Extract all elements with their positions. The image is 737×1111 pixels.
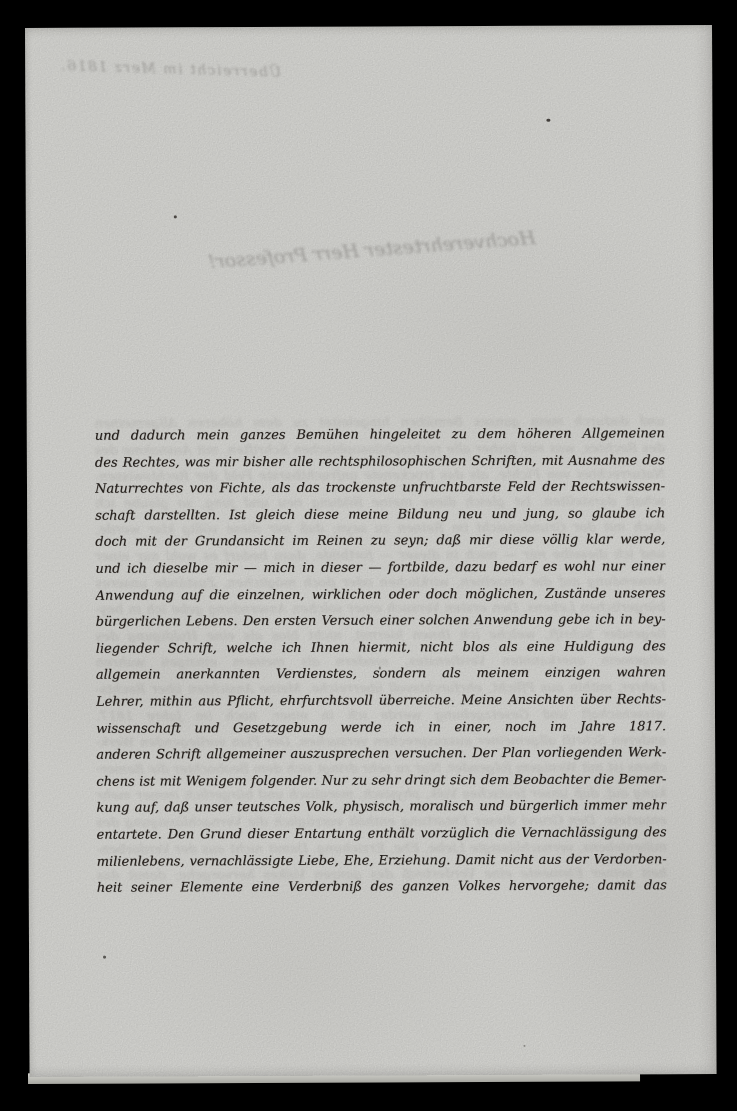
manuscript-page: Überreicht im Merz 1816. Hochverehrteste…	[25, 25, 717, 1077]
manuscript-line: und ich dieselbe mir — mich in dieser — …	[95, 554, 665, 583]
manuscript-line: liegender Schrift, welche ich Ihnen hier…	[96, 634, 666, 663]
ink-speck	[103, 956, 106, 959]
manuscript-line: doch mit der Grundansicht im Reinen zu s…	[95, 528, 665, 557]
manuscript-line: heit seiner Elemente eine Verderbniß des…	[97, 873, 667, 902]
ink-speck	[523, 1045, 525, 1047]
mirrored-salutation: Hochverehrtester Herr Professor!	[224, 227, 537, 272]
manuscript-line: Naturrechtes von Fichte, als das trocken…	[95, 474, 665, 503]
manuscript-line: kung auf, daß unser teutsches Volk, phys…	[96, 794, 666, 823]
scan-background: Überreicht im Merz 1816. Hochverehrteste…	[0, 0, 737, 1111]
manuscript-line: anderen Schrift allgemeiner auszuspreche…	[96, 740, 666, 769]
mirrored-pencil-note: Überreicht im Merz 1816.	[49, 58, 281, 81]
manuscript-line: des Rechtes, was mir bisher alle rechtsp…	[95, 448, 665, 477]
manuscript-line: milienlebens, vernachlässigte Liebe, Ehe…	[97, 847, 667, 876]
manuscript-line: bürgerlichen Lebens. Den ersten Versuch …	[96, 607, 666, 636]
manuscript-line: schaft darstellten. Ist gleich diese mei…	[95, 501, 665, 530]
manuscript-text: und dadurch mein ganzes Bemühen hingelei…	[95, 421, 667, 902]
manuscript-line: wissenschaft und Gesetzgebung werde ich …	[96, 714, 666, 743]
manuscript-line: und dadurch mein ganzes Bemühen hingelei…	[95, 421, 665, 450]
manuscript-line: chens ist mit Wenigem folgender. Nur zu …	[96, 767, 666, 796]
manuscript-line: entartete. Den Grund dieser Entartung en…	[96, 820, 666, 849]
manuscript-line: allgemein anerkannten Verdienstes, sonde…	[96, 661, 666, 690]
manuscript-line: Lehrer, mithin aus Pflicht, ehrfurchtsvo…	[96, 687, 666, 716]
manuscript-line: Anwendung auf die einzelnen, wirklichen …	[95, 581, 665, 610]
ink-speck	[174, 215, 177, 218]
ink-speck	[546, 119, 550, 122]
